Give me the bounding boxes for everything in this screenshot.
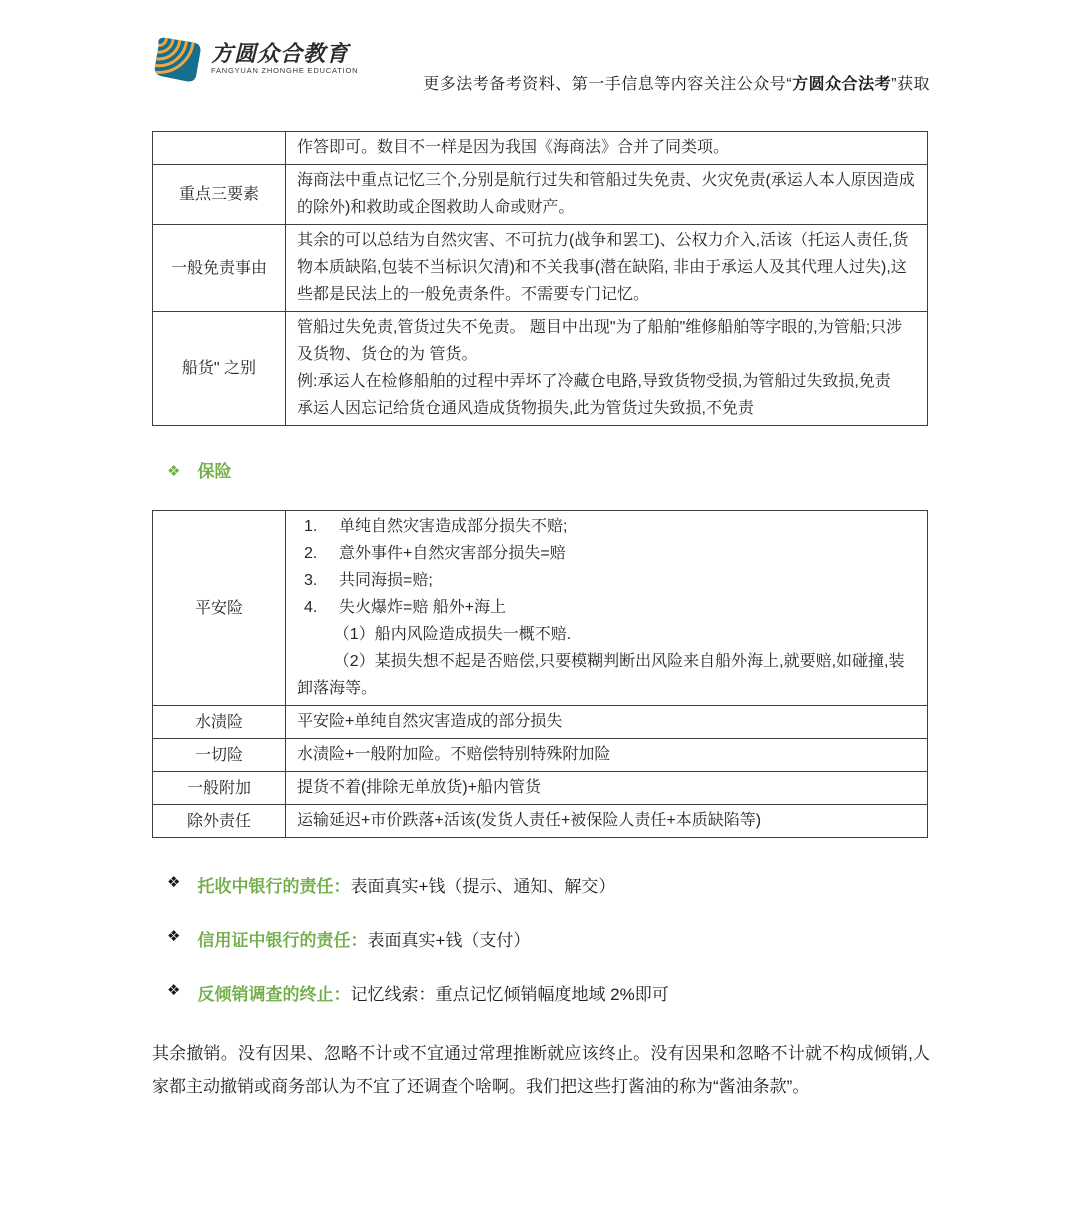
cell-paragraph: 管船过失免责,管货过失不免责。 题目中出现"为了船舶"维修船舶等字眼的,为管船;… bbox=[297, 314, 916, 368]
cell-paragraph: 例:承运人在检修船舶的过程中弄坏了冷藏仓电路,导致货物受损,为管船过失致损,免责 bbox=[297, 368, 916, 395]
diamond-bullet-icon: ❖ bbox=[167, 929, 180, 944]
row-label: 水渍险 bbox=[153, 706, 286, 739]
header-tagline: 更多法考备考资料、第一手信息等内容关注公众号“方圆众合法考”获取 bbox=[423, 71, 930, 94]
table-row: 船货" 之别管船过失免责,管货过失不免责。 题目中出现"为了船舶"维修船舶等字眼… bbox=[153, 312, 928, 426]
list-item: 单纯自然灾害造成部分损失不赔; bbox=[297, 513, 916, 540]
row-label: 船货" 之别 bbox=[153, 312, 286, 426]
row-label: 平安险 bbox=[153, 511, 286, 706]
row-content: 管船过失免责,管货过失不免责。 题目中出现"为了船舶"维修船舶等字眼的,为管船;… bbox=[286, 312, 928, 426]
row-content: 提货不着(排除无单放货)+船内管货 bbox=[286, 772, 928, 805]
note-item: ❖反倾销调查的终止：记忆线索：重点记忆倾销幅度地域 2%即可 bbox=[167, 983, 930, 1006]
row-content: 水渍险+一般附加险。不赔偿特别特殊附加险 bbox=[286, 739, 928, 772]
diamond-bullet-icon: ❖ bbox=[167, 983, 180, 998]
note-text: 表面真实+钱（提示、通知、解交） bbox=[350, 877, 615, 896]
brand-name-cn: 方圆众合教育 bbox=[211, 42, 358, 66]
cell-paragraph: 运输延迟+市价跌落+活该(发货人责任+被保险人责任+本质缺陷等) bbox=[297, 807, 916, 834]
row-label bbox=[153, 132, 286, 165]
cell-paragraph: 海商法中重点记忆三个,分别是航行过失和管船过失免责、火灾免责(承运人本人原因造成… bbox=[297, 167, 916, 221]
note-body: 信用证中银行的责任：表面真实+钱（支付） bbox=[197, 929, 530, 952]
note-body: 托收中银行的责任：表面真实+钱（提示、通知、解交） bbox=[197, 875, 615, 898]
document-page: 方圆众合教育 FANGYUAN ZHONGHE EDUCATION 更多法考备考… bbox=[0, 0, 1080, 1213]
tagline-prefix: 更多法考备考资料、第一手信息等内容关注公众号“ bbox=[423, 76, 792, 93]
table-row: 作答即可。数目不一样是因为我国《海商法》合并了同类项。 bbox=[153, 132, 928, 165]
cell-paragraph: 平安险+单纯自然灾害造成的部分损失 bbox=[297, 708, 916, 735]
row-content: 其余的可以总结为自然灾害、不可抗力(战争和罢工)、公权力介入,活该（托运人责任,… bbox=[286, 225, 928, 312]
table-row: 水渍险平安险+单纯自然灾害造成的部分损失 bbox=[153, 706, 928, 739]
row-label: 一般免责事由 bbox=[153, 225, 286, 312]
table-row: 除外责任运输延迟+市价跌落+活该(发货人责任+被保险人责任+本质缺陷等) bbox=[153, 805, 928, 838]
diamond-bullet-icon: ❖ bbox=[167, 875, 180, 890]
note-list: ❖托收中银行的责任：表面真实+钱（提示、通知、解交）❖信用证中银行的责任：表面真… bbox=[0, 875, 1080, 1006]
brand-text: 方圆众合教育 FANGYUAN ZHONGHE EDUCATION bbox=[211, 42, 358, 76]
diamond-bullet-icon: ❖ bbox=[167, 464, 180, 479]
table-row: 平安险单纯自然灾害造成部分损失不赔;意外事件+自然灾害部分损失=赔共同海损=赔;… bbox=[153, 511, 928, 706]
brand-name-en: FANGYUAN ZHONGHE EDUCATION bbox=[211, 66, 358, 76]
row-content: 单纯自然灾害造成部分损失不赔;意外事件+自然灾害部分损失=赔共同海损=赔;失火爆… bbox=[286, 511, 928, 706]
table-row: 重点三要素海商法中重点记忆三个,分别是航行过失和管船过失免责、火灾免责(承运人本… bbox=[153, 165, 928, 225]
cell-paragraph: 承运人因忘记给货仓通风造成货物损失,此为管货过失致损,不免责 bbox=[297, 395, 916, 422]
note-body: 反倾销调查的终止：记忆线索：重点记忆倾销幅度地域 2%即可 bbox=[197, 983, 668, 1006]
list-item: 共同海损=赔; bbox=[297, 567, 916, 594]
closing-paragraph: 其余撤销。没有因果、忽略不计或不宜通过常理推断就应该终止。没有因果和忽略不计就不… bbox=[152, 1037, 930, 1103]
note-title: 反倾销调查的终止： bbox=[197, 985, 350, 1004]
table-row: 一般免责事由其余的可以总结为自然灾害、不可抗力(战争和罢工)、公权力介入,活该（… bbox=[153, 225, 928, 312]
note-text: 记忆线索：重点记忆倾销幅度地域 2%即可 bbox=[350, 985, 668, 1004]
tagline-suffix: ”获取 bbox=[891, 76, 930, 93]
section-insurance-heading: ❖ 保险 bbox=[167, 460, 1080, 483]
row-label: 一般附加 bbox=[153, 772, 286, 805]
cell-paragraph: （2）某损失想不起是否赔偿,只要模糊判断出风险来自船外海上,就要赔,如碰撞,装卸… bbox=[297, 648, 916, 702]
tagline-account-name: 方圆众合法考 bbox=[792, 76, 891, 93]
list-item: 失火爆炸=赔 船外+海上 bbox=[297, 594, 916, 621]
note-title: 托收中银行的责任： bbox=[197, 877, 350, 896]
logo-mark-icon bbox=[150, 34, 204, 84]
row-label: 一切险 bbox=[153, 739, 286, 772]
cell-paragraph: 其余的可以总结为自然灾害、不可抗力(战争和罢工)、公权力介入,活该（托运人责任,… bbox=[297, 227, 916, 308]
maritime-law-table: 作答即可。数目不一样是因为我国《海商法》合并了同类项。重点三要素海商法中重点记忆… bbox=[152, 131, 928, 426]
list-item: 意外事件+自然灾害部分损失=赔 bbox=[297, 540, 916, 567]
section-title: 保险 bbox=[197, 460, 231, 483]
table-row: 一般附加提货不着(排除无单放货)+船内管货 bbox=[153, 772, 928, 805]
note-text: 表面真实+钱（支付） bbox=[367, 931, 530, 950]
insurance-table: 平安险单纯自然灾害造成部分损失不赔;意外事件+自然灾害部分损失=赔共同海损=赔;… bbox=[152, 510, 928, 838]
row-label: 除外责任 bbox=[153, 805, 286, 838]
cell-paragraph: 水渍险+一般附加险。不赔偿特别特殊附加险 bbox=[297, 741, 916, 768]
cell-paragraph: 作答即可。数目不一样是因为我国《海商法》合并了同类项。 bbox=[297, 134, 916, 161]
row-content: 运输延迟+市价跌落+活该(发货人责任+被保险人责任+本质缺陷等) bbox=[286, 805, 928, 838]
cell-paragraph: （1）船内风险造成损失一概不赔. bbox=[297, 621, 916, 648]
row-content: 平安险+单纯自然灾害造成的部分损失 bbox=[286, 706, 928, 739]
page-header: 方圆众合教育 FANGYUAN ZHONGHE EDUCATION 更多法考备考… bbox=[0, 0, 1080, 131]
numbered-list: 单纯自然灾害造成部分损失不赔;意外事件+自然灾害部分损失=赔共同海损=赔;失火爆… bbox=[297, 513, 916, 621]
note-item: ❖托收中银行的责任：表面真实+钱（提示、通知、解交） bbox=[167, 875, 930, 898]
row-content: 海商法中重点记忆三个,分别是航行过失和管船过失免责、火灾免责(承运人本人原因造成… bbox=[286, 165, 928, 225]
note-item: ❖信用证中银行的责任：表面真实+钱（支付） bbox=[167, 929, 930, 952]
note-title: 信用证中银行的责任： bbox=[197, 931, 367, 950]
table-row: 一切险水渍险+一般附加险。不赔偿特别特殊附加险 bbox=[153, 739, 928, 772]
row-label: 重点三要素 bbox=[153, 165, 286, 225]
row-content: 作答即可。数目不一样是因为我国《海商法》合并了同类项。 bbox=[286, 132, 928, 165]
brand-logo: 方圆众合教育 FANGYUAN ZHONGHE EDUCATION bbox=[150, 34, 358, 84]
cell-paragraph: 提货不着(排除无单放货)+船内管货 bbox=[297, 774, 916, 801]
